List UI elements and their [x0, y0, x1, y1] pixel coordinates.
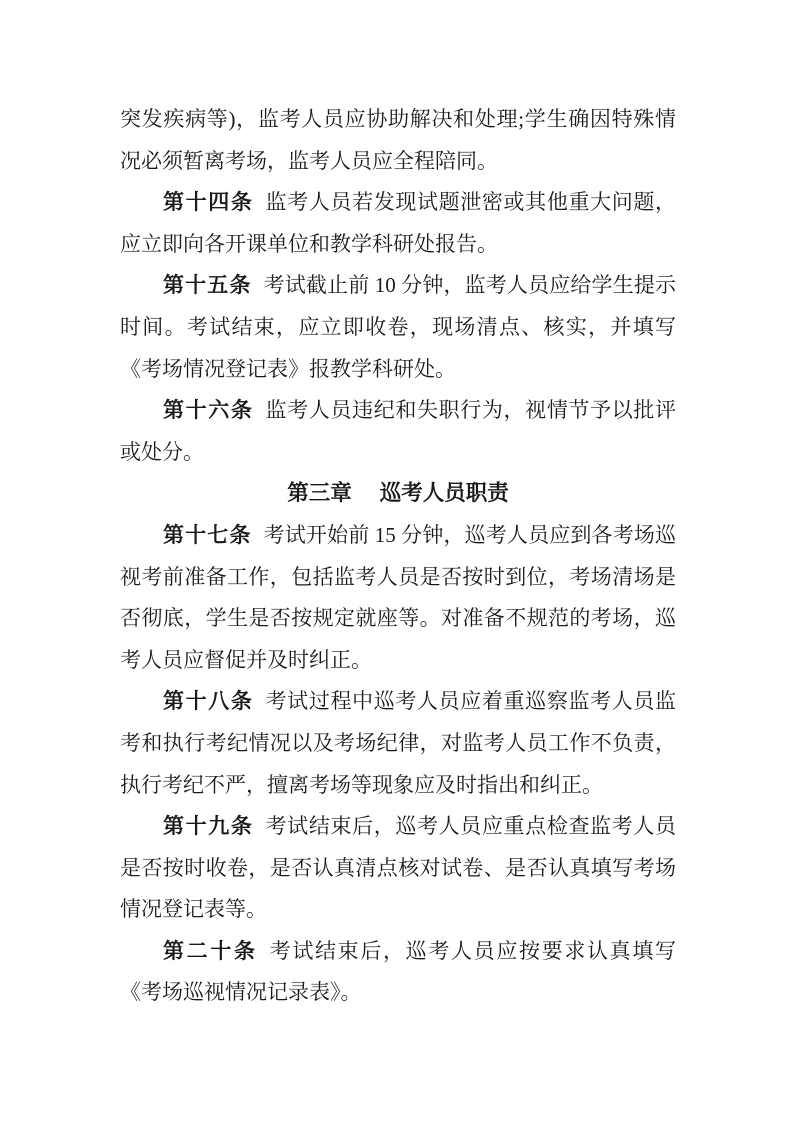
article-number: 第十六条	[163, 399, 254, 422]
article-number: 第十五条	[163, 274, 252, 297]
article-number: 第二十条	[163, 940, 258, 963]
chapter-heading: 第三章巡考人员职责	[120, 473, 676, 515]
article-number: 第十九条	[163, 815, 254, 838]
article-17: 第十七条考试开始前 15 分钟，巡考人员应到各考场巡视考前准备工作，包括监考人员…	[120, 515, 676, 681]
document-body: 突发疾病等)，监考人员应协助解决和处理;学生确因特殊情况必须暂离考场，监考人员应…	[120, 99, 676, 1014]
chapter-number: 第三章	[287, 481, 352, 505]
article-16: 第十六条监考人员违纪和失职行为，视情节予以批评或处分。	[120, 390, 676, 473]
article-number: 第十八条	[163, 690, 254, 713]
document-page: 突发疾病等)，监考人员应协助解决和处理;学生确因特殊情况必须暂离考场，监考人员应…	[0, 0, 793, 1122]
paragraph-text: 突发疾病等)，监考人员应协助解决和处理;学生确因特殊情况必须暂离考场，监考人员应…	[120, 107, 676, 173]
paragraph-continuation: 突发疾病等)，监考人员应协助解决和处理;学生确因特殊情况必须暂离考场，监考人员应…	[120, 99, 676, 182]
article-number: 第十四条	[163, 191, 254, 214]
article-number: 第十七条	[163, 524, 252, 547]
article-20: 第二十条考试结束后，巡考人员应按要求认真填写《考场巡视情况记录表》。	[120, 931, 676, 1014]
chapter-title: 巡考人员职责	[380, 481, 509, 505]
article-18: 第十八条考试过程中巡考人员应着重巡察监考人员监考和执行考纪情况以及考场纪律，对监…	[120, 681, 676, 806]
article-19: 第十九条考试结束后，巡考人员应重点检查监考人员是否按时收卷，是否认真清点核对试卷…	[120, 806, 676, 931]
article-14: 第十四条监考人员若发现试题泄密或其他重大问题，应立即向各开课单位和教学科研处报告…	[120, 182, 676, 265]
article-15: 第十五条考试截止前 10 分钟，监考人员应给学生提示时间。考试结束，应立即收卷，…	[120, 265, 676, 390]
